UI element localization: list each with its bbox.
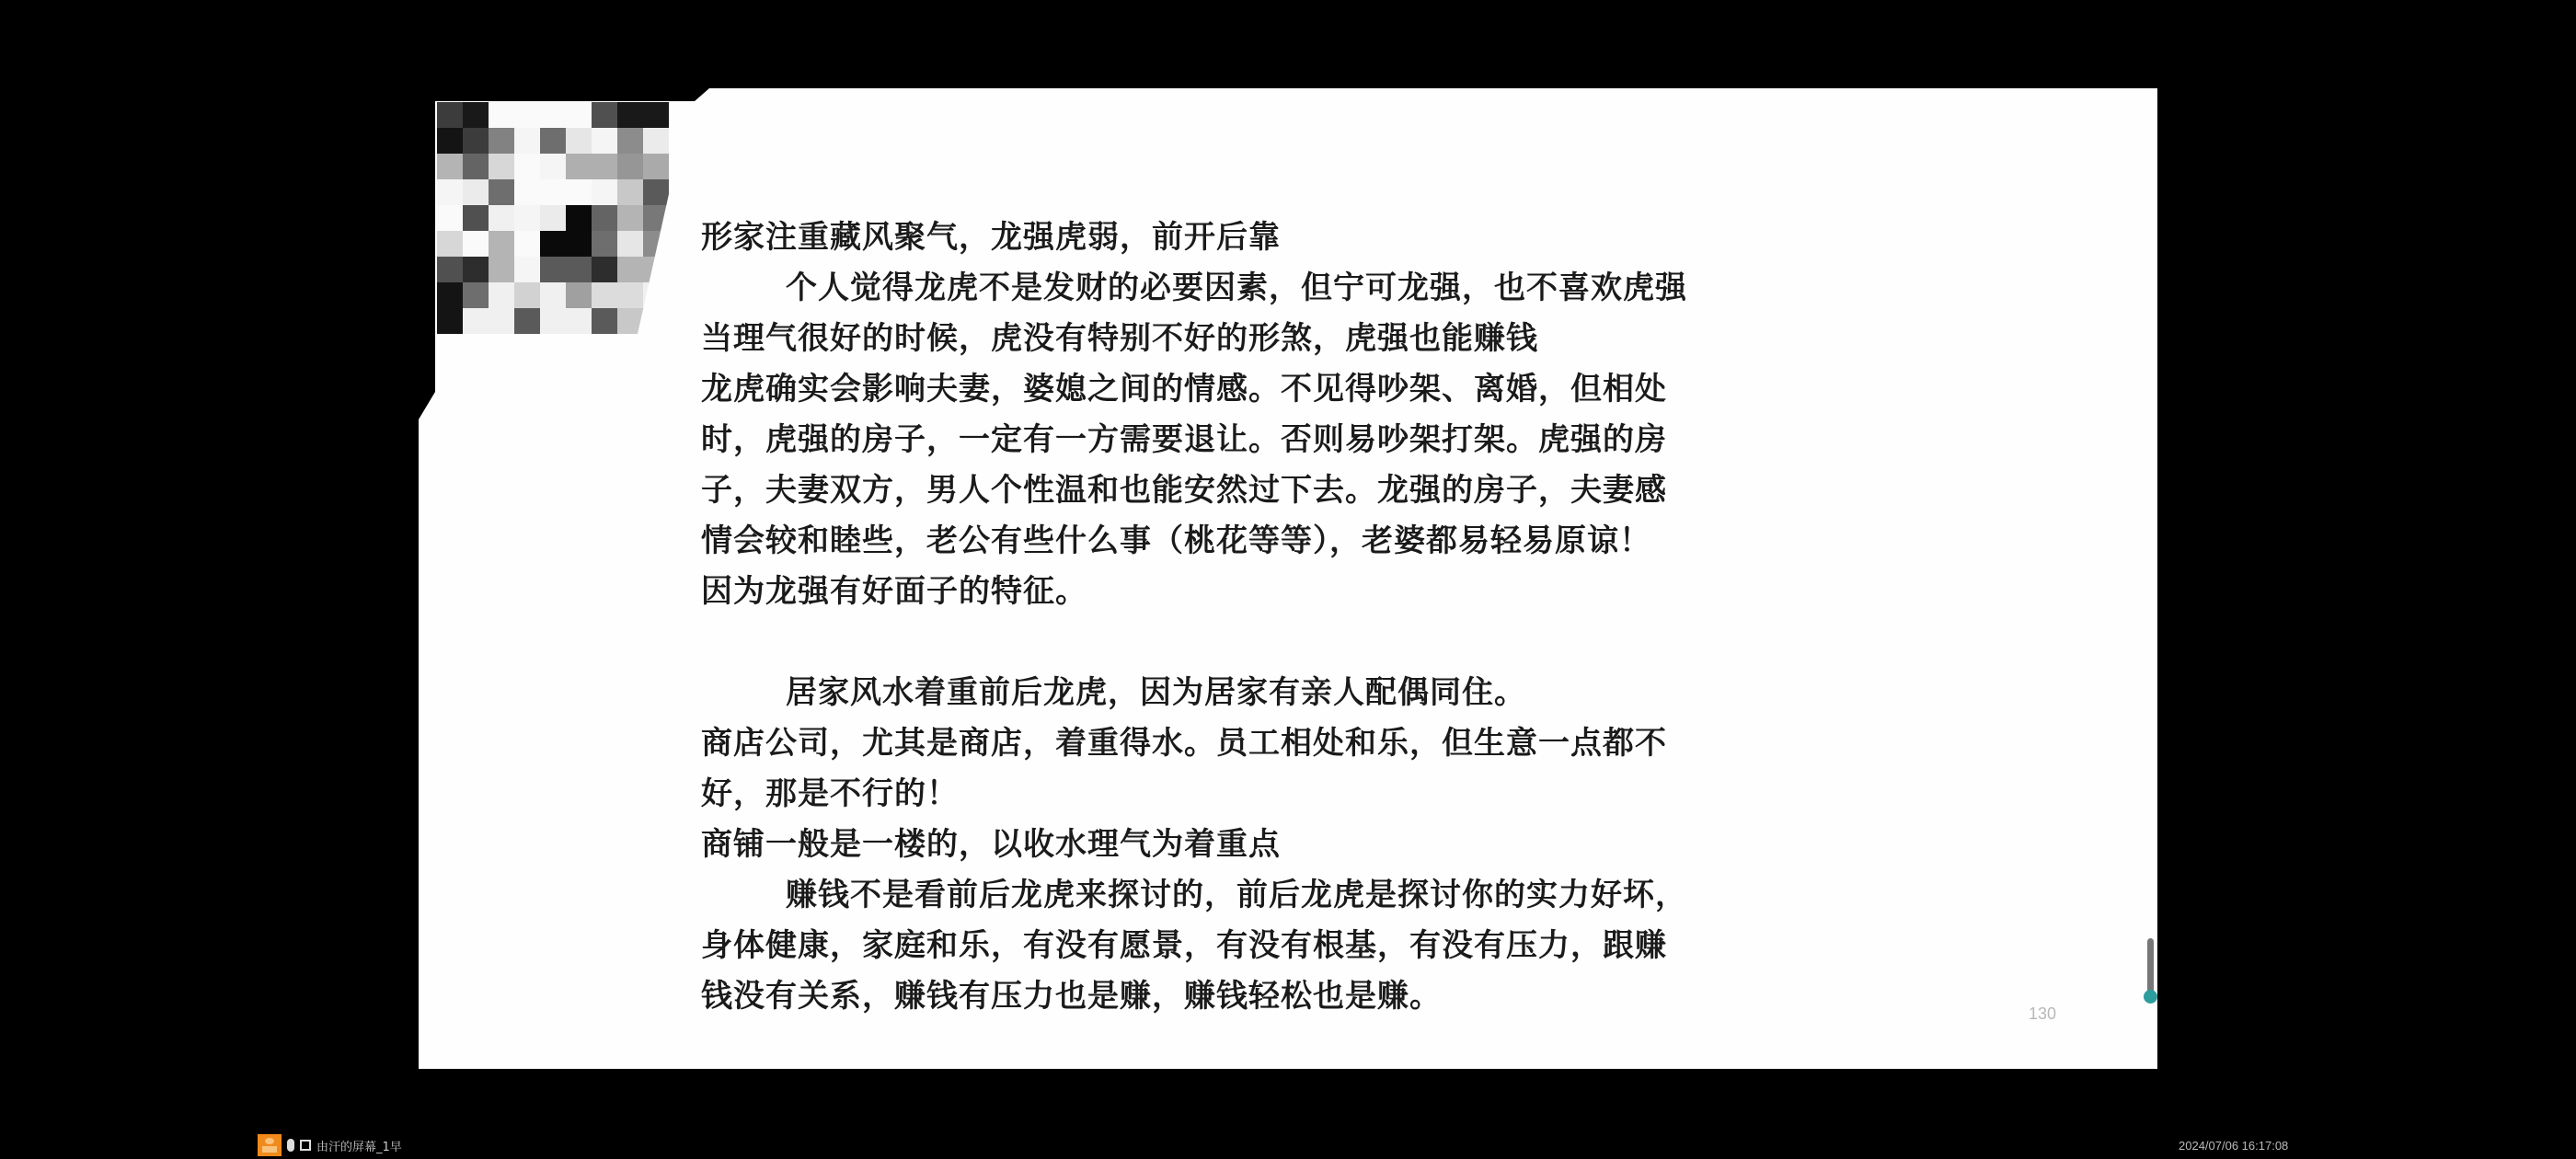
mosaic-cell	[463, 282, 489, 308]
screen-share-icon[interactable]	[300, 1140, 311, 1151]
mosaic-cell	[592, 128, 617, 154]
mosaic-cell	[540, 257, 566, 282]
mosaic-cell	[437, 154, 463, 179]
microphone-icon[interactable]	[287, 1139, 294, 1152]
mosaic-cell	[437, 231, 463, 257]
mosaic-cell	[592, 282, 617, 308]
mosaic-cell	[617, 205, 643, 231]
mosaic-cell	[463, 154, 489, 179]
mosaic-cell	[514, 154, 540, 179]
mosaic-cell	[643, 308, 669, 334]
mosaic-cell	[592, 231, 617, 257]
mosaic-cell	[643, 154, 669, 179]
mosaic-cell	[566, 257, 592, 282]
mosaic-cell	[514, 257, 540, 282]
mosaic-cell	[592, 102, 617, 128]
text-line: 个人觉得龙虎不是发财的必要因素，但宁可龙强，也不喜欢虎强	[701, 263, 2017, 314]
mosaic-cell	[489, 308, 514, 334]
mosaic-cell	[643, 179, 669, 205]
mosaic-cell	[566, 128, 592, 154]
mosaic-cell	[437, 128, 463, 154]
mosaic-cell	[617, 231, 643, 257]
mosaic-cell	[566, 154, 592, 179]
mosaic-cell	[566, 231, 592, 257]
text-line: 钱没有关系，赚钱有压力也是赚，赚钱轻松也是赚。	[701, 971, 2017, 1022]
mosaic-cell	[592, 257, 617, 282]
text-line: 当理气很好的时候，虎没有特别不好的形煞，虎强也能赚钱	[701, 314, 2017, 364]
mosaic-cell	[643, 128, 669, 154]
mosaic-cell	[617, 282, 643, 308]
mosaic-cell	[540, 282, 566, 308]
mosaic-cell	[489, 102, 514, 128]
mosaic-cell	[540, 128, 566, 154]
mosaic-cell	[514, 282, 540, 308]
mosaic-cell	[617, 128, 643, 154]
text-line: 好，那是不行的！	[701, 769, 2017, 820]
slide-text: 形家注重藏风聚气，龙强虎弱，前开后靠 个人觉得龙虎不是发财的必要因素，但宁可龙强…	[701, 212, 2017, 1022]
mosaic-cell	[643, 231, 669, 257]
text-line: 形家注重藏风聚气，龙强虎弱，前开后靠	[701, 212, 2017, 263]
mosaic-cell	[566, 179, 592, 205]
mosaic-cell	[489, 231, 514, 257]
mosaic-cell	[592, 205, 617, 231]
mosaic-cell	[489, 128, 514, 154]
mosaic-cell	[463, 231, 489, 257]
mosaic-cell	[540, 154, 566, 179]
screen-share-bar: 由汗的屏幕_1早	[258, 1134, 402, 1156]
mosaic-cell	[566, 102, 592, 128]
mosaic-cell	[514, 179, 540, 205]
pixelated-image	[437, 102, 669, 334]
mosaic-cell	[617, 179, 643, 205]
mosaic-cell	[643, 257, 669, 282]
text-line: 居家风水着重前后龙虎，因为居家有亲人配偶同住。	[701, 668, 2017, 718]
mosaic-cell	[437, 257, 463, 282]
text-line: 因为龙强有好面子的特征。	[701, 567, 2017, 617]
mosaic-cell	[514, 308, 540, 334]
black-overlay-top	[419, 88, 695, 101]
text-line: 赚钱不是看前后龙虎来探讨的，前后龙虎是探讨你的实力好坏，	[701, 870, 2017, 921]
mosaic-cell	[617, 257, 643, 282]
mosaic-cell	[566, 282, 592, 308]
text-line: 商铺一般是一楼的，以收水理气为着重点	[701, 820, 2017, 870]
mosaic-cell	[566, 205, 592, 231]
share-label: 由汗的屏幕_1早	[316, 1137, 402, 1154]
presentation-slide: 形家注重藏风聚气，龙强虎弱，前开后靠 个人觉得龙虎不是发财的必要因素，但宁可龙强…	[419, 88, 2157, 1069]
mosaic-cell	[643, 205, 669, 231]
mosaic-cell	[437, 102, 463, 128]
text-line: 情会较和睦些，老公有些什么事（桃花等等），老婆都易轻易原谅！	[701, 516, 2017, 567]
mosaic-cell	[514, 205, 540, 231]
mosaic-cell	[643, 282, 669, 308]
mosaic-cell	[514, 102, 540, 128]
mosaic-cell	[489, 282, 514, 308]
mosaic-cell	[617, 102, 643, 128]
text-line: 子，夫妻双方，男人个性温和也能安然过下去。龙强的房子，夫妻感	[701, 465, 2017, 516]
blank-line	[701, 617, 2017, 668]
mosaic-cell	[540, 179, 566, 205]
mosaic-cell	[489, 154, 514, 179]
mosaic-cell	[463, 179, 489, 205]
mosaic-cell	[463, 308, 489, 334]
text-line: 身体健康，家庭和乐，有没有愿景，有没有根基，有没有压力，跟赚	[701, 921, 2017, 971]
mosaic-cell	[617, 308, 643, 334]
mosaic-cell	[592, 154, 617, 179]
mosaic-cell	[463, 205, 489, 231]
mosaic-cell	[437, 308, 463, 334]
mosaic-cell	[463, 257, 489, 282]
mosaic-cell	[489, 179, 514, 205]
mosaic-cell	[592, 179, 617, 205]
mosaic-cell	[489, 205, 514, 231]
text-line: 商店公司，尤其是商店，着重得水。员工相处和乐，但生意一点都不	[701, 718, 2017, 769]
mosaic-cell	[514, 128, 540, 154]
mosaic-cell	[540, 231, 566, 257]
mosaic-cell	[540, 102, 566, 128]
mosaic-cell	[463, 128, 489, 154]
page-number: 130	[2029, 1004, 2056, 1024]
timestamp: 2024/07/06 16:17:08	[2179, 1139, 2288, 1153]
mosaic-cell	[643, 102, 669, 128]
mosaic-cell	[489, 257, 514, 282]
text-line: 时，虎强的房子，一定有一方需要退让。否则易吵架打架。虎强的房	[701, 415, 2017, 465]
mosaic-cell	[540, 205, 566, 231]
mosaic-cell	[566, 308, 592, 334]
scrollbar-thumb[interactable]	[2144, 990, 2157, 1004]
user-avatar-icon[interactable]	[258, 1134, 282, 1156]
mosaic-cell	[437, 205, 463, 231]
mosaic-cell	[592, 308, 617, 334]
mosaic-cell	[437, 282, 463, 308]
mosaic-cell	[514, 231, 540, 257]
mosaic-cell	[617, 154, 643, 179]
mosaic-cell	[540, 308, 566, 334]
mosaic-cell	[437, 179, 463, 205]
mosaic-cell	[463, 102, 489, 128]
black-overlay-left	[419, 88, 435, 392]
text-line: 龙虎确实会影响夫妻，婆媳之间的情感。不见得吵架、离婚，但相处	[701, 364, 2017, 415]
